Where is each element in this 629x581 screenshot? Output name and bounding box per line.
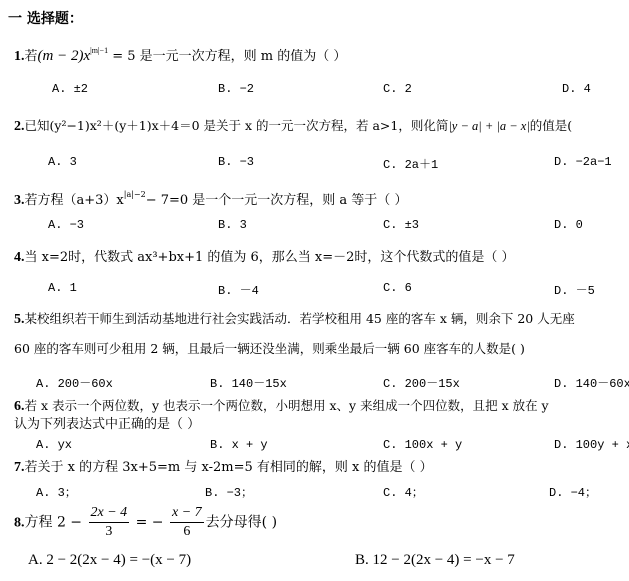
question-number: 1. (14, 49, 25, 64)
question-3: 3.若方程（a+3）x|a|−2− 7=0 是一个一元一次方程，则 a 等于（ … (14, 187, 407, 209)
option-b[interactable]: B. 140－15x (210, 374, 287, 391)
option-d[interactable]: D. 100y + x (554, 438, 629, 452)
option-a[interactable]: A. 2 − 2(2x − 4) = −(x − 7) (28, 552, 191, 569)
option-a[interactable]: A. 3 (48, 155, 77, 169)
question-7: 7.若关于 x 的方程 3x+5=m 与 x-2m=5 有相同的解，则 x 的值… (14, 460, 433, 476)
question-6-line-2: 认为下列表达式中正确的是（ ） (14, 417, 200, 433)
question-number: 7. (14, 460, 25, 475)
option-d[interactable]: D. −4； (549, 483, 597, 500)
question-number: 8. (14, 516, 25, 531)
option-b[interactable]: B. x + y (210, 438, 268, 452)
option-b[interactable]: B. －4 (218, 281, 259, 298)
question-8: 8.方程 2 − 2x − 43 = − x − 76去分母得( ) (14, 504, 277, 541)
question-2: 2.已知(y²−1)x²＋(y＋1)x＋4＝0 是关于 x 的一元一次方程，若 … (14, 118, 572, 135)
option-a[interactable]: A. −3 (48, 218, 84, 232)
option-c[interactable]: C. 100x + y (383, 438, 462, 452)
option-c[interactable]: C. 200－15x (383, 374, 460, 391)
fraction-2: x − 76 (170, 504, 204, 541)
option-d[interactable]: D. －5 (554, 281, 595, 298)
question-number: 6. (14, 399, 25, 414)
question-number: 5. (14, 312, 25, 327)
question-1: 1.若(m − 2)x|m|−1 = 5 是一元一次方程，则 m 的值为（ ） (14, 43, 346, 65)
option-d[interactable]: D. 140－60x (554, 374, 629, 391)
option-a[interactable]: A. 3； (36, 483, 77, 500)
option-b[interactable]: B. −3 (218, 155, 254, 169)
section-title: 一 选择题： (8, 8, 83, 28)
question-6: 6.若 x 表示一个两位数，y 也表示一个两位数，小明想用 x、y 来组成一个四… (14, 398, 549, 415)
question-number: 2. (14, 119, 25, 134)
option-d[interactable]: D. −2a−1 (554, 155, 612, 169)
option-b[interactable]: B. −2 (218, 82, 254, 96)
option-c[interactable]: C. ±3 (383, 218, 419, 232)
math-expression: |y − a| + |a − x| (448, 119, 529, 133)
math-expression: (m − 2)x (38, 48, 91, 64)
option-a[interactable]: A. ±2 (52, 82, 88, 96)
option-a[interactable]: A. 1 (48, 281, 77, 295)
option-b[interactable]: B. 3 (218, 218, 247, 232)
option-b[interactable]: B. −3； (205, 483, 253, 500)
question-number: 4. (14, 250, 25, 265)
question-4: 4.当 x=2时，代数式 ax³+bx+1 的值为 6，那么当 x=－2时，这个… (14, 250, 515, 266)
option-d[interactable]: D. 4 (562, 82, 591, 96)
option-a[interactable]: A. yx (36, 438, 72, 452)
option-c[interactable]: C. 2a＋1 (383, 155, 438, 172)
fraction-1: 2x − 43 (89, 504, 130, 541)
option-d[interactable]: D. 0 (554, 218, 583, 232)
option-c[interactable]: C. 4； (383, 483, 424, 500)
option-a[interactable]: A. 200－60x (36, 374, 113, 391)
option-c[interactable]: C. 6 (383, 281, 412, 295)
option-b[interactable]: B. 12 − 2(2x − 4) = −x − 7 (355, 552, 515, 569)
question-5-line-2: 60 座的客车则可少租用 2 辆，且最后一辆还没坐满，则乘坐最后一辆 60 座客… (14, 341, 525, 357)
option-c[interactable]: C. 2 (383, 82, 412, 96)
question-5: 5.某校组织若干师生到活动基地进行社会实践活动．若学校租用 45 座的客车 x … (14, 311, 575, 328)
question-number: 3. (14, 193, 25, 208)
